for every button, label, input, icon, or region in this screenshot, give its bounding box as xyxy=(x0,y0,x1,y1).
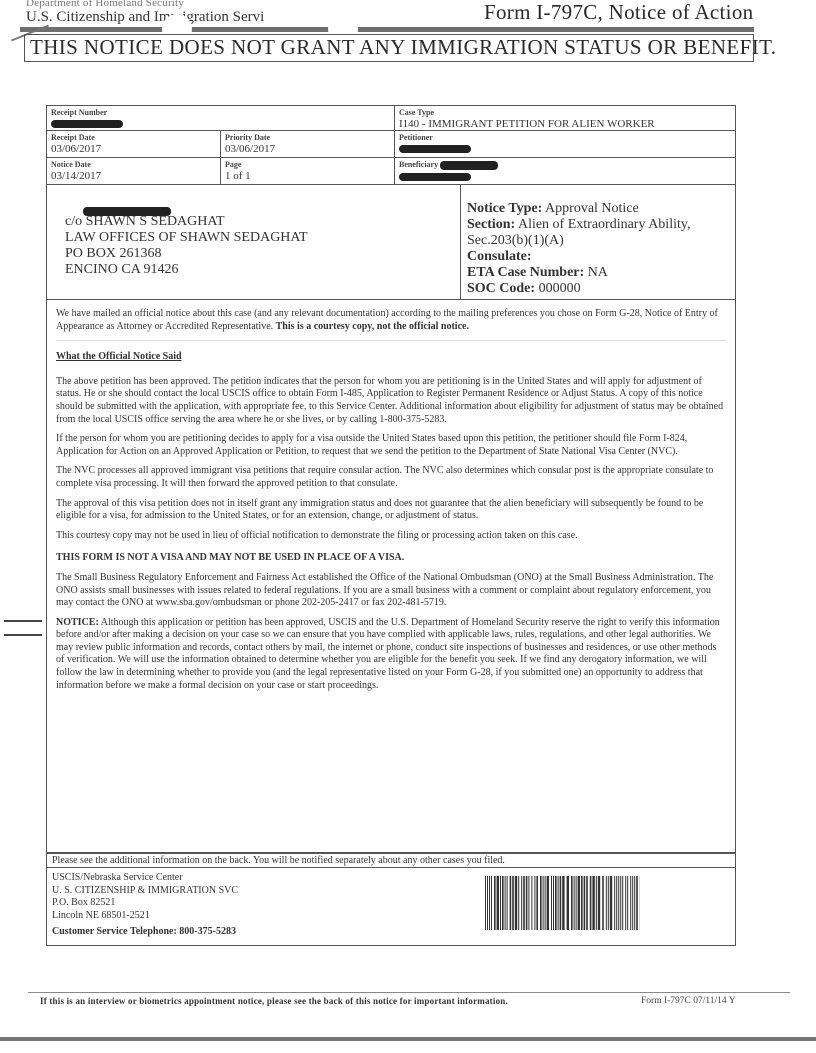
case-type-label: Case Type xyxy=(399,108,731,117)
paragraph-visa-abroad: If the person for whom you are petitioni… xyxy=(56,433,726,458)
notice-date-cell: Notice Date 03/14/2017 xyxy=(47,158,221,184)
soc-code: SOC Code: 000000 xyxy=(467,281,735,297)
address-notice-row: c/o SHAWN S SEDAGHAT LAW OFFICES OF SHAW… xyxy=(46,185,736,300)
paragraph-ombudsman: The Small Business Regulatory Enforcemen… xyxy=(56,572,726,610)
receipt-date-label: Receipt Date xyxy=(51,133,216,142)
paragraph-courtesy-copy: This courtesy copy may not be used in li… xyxy=(56,530,726,543)
paragraph-notice: NOTICE: Although this application or pet… xyxy=(56,617,726,693)
additional-info-row: Please see the additional information on… xyxy=(46,853,736,868)
consulate: Consulate: xyxy=(467,249,735,265)
page-label: Page xyxy=(225,160,390,169)
notice-date-value: 03/14/2017 xyxy=(51,170,216,183)
notice-date-label: Notice Date xyxy=(51,160,216,169)
receipt-date-value: 03/06/2017 xyxy=(51,143,216,156)
address-line-care-of: c/o SHAWN S SEDAGHAT xyxy=(65,214,460,230)
margin-mark xyxy=(4,620,42,622)
beneficiary-value xyxy=(399,171,731,184)
warning-text: THIS NOTICE DOES NOT GRANT ANY IMMIGRATI… xyxy=(30,35,776,60)
notice-type: Notice Type: Approval Notice xyxy=(467,201,735,217)
paragraph-no-status: The approval of this visa petition does … xyxy=(56,498,726,523)
section-code: Sec.203(b)(1)(A) xyxy=(467,233,735,249)
redaction-mark xyxy=(399,173,471,181)
case-type-value: I140 - IMMIGRANT PETITION FOR ALIEN WORK… xyxy=(399,118,731,131)
footer-note: If this is an interview or biometrics ap… xyxy=(40,996,508,1006)
beneficiary-label: Beneficiary xyxy=(399,160,731,170)
receipt-number-cell: Receipt Number xyxy=(47,106,395,130)
margin-mark xyxy=(4,634,42,636)
form-code: Form I-797C 07/11/14 Y xyxy=(641,996,736,1006)
priority-date-label: Priority Date xyxy=(225,133,390,142)
agency-name: U.S. Citizenship and Immigration Servi xyxy=(26,9,264,26)
receipt-number-label: Receipt Number xyxy=(51,108,390,117)
form-title: Form I-797C, Notice of Action xyxy=(484,0,753,25)
receipt-number-value xyxy=(51,118,390,131)
intro-paragraph: We have mailed an official notice about … xyxy=(56,308,726,333)
header-divider-bar xyxy=(20,27,754,32)
eta-case-number: ETA Case Number: NA xyxy=(467,265,735,281)
petitioner-label: Petitioner xyxy=(399,133,731,142)
beneficiary-cell: Beneficiary xyxy=(395,158,735,184)
receipt-date-cell: Receipt Date 03/06/2017 xyxy=(47,131,221,157)
priority-date-cell: Priority Date 03/06/2017 xyxy=(221,131,395,157)
paragraph-nvc: The NVC processes all approved immigrant… xyxy=(56,465,726,490)
page-value: 1 of 1 xyxy=(225,170,390,183)
petitioner-cell: Petitioner xyxy=(395,131,735,157)
address-line-po-box: PO BOX 261368 xyxy=(65,246,460,262)
notice-body: We have mailed an official notice about … xyxy=(46,300,736,853)
paragraph-approval: The above petition has been approved. Th… xyxy=(56,376,726,426)
divider xyxy=(56,340,726,341)
bottom-scan-bar xyxy=(0,1037,816,1041)
not-a-visa-warning: THIS FORM IS NOT A VISA AND MAY NOT BE U… xyxy=(56,552,726,565)
priority-date-value: 03/06/2017 xyxy=(225,143,390,156)
additional-info-text: Please see the additional information on… xyxy=(52,855,730,868)
case-type-cell: Case Type I140 - IMMIGRANT PETITION FOR … xyxy=(395,106,735,130)
petitioner-value xyxy=(399,143,731,156)
redaction-mark xyxy=(440,161,498,170)
address-line-firm: LAW OFFICES OF SHAWN SEDAGHAT xyxy=(65,230,460,246)
notice-details: Notice Type: Approval Notice Section: Al… xyxy=(461,185,735,299)
redaction-mark xyxy=(399,145,471,153)
barcode xyxy=(485,876,640,930)
footer-divider xyxy=(28,992,790,993)
redaction-mark xyxy=(51,120,123,128)
section-heading: What the Official Notice Said xyxy=(56,351,726,364)
page-cell: Page 1 of 1 xyxy=(221,158,395,184)
table-row: Notice Date 03/14/2017 Page 1 of 1 Benef… xyxy=(46,158,736,185)
address-line-city: ENCINO CA 91426 xyxy=(65,262,460,278)
table-row: Receipt Date 03/06/2017 Priority Date 03… xyxy=(46,131,736,158)
table-row: Receipt Number Case Type I140 - IMMIGRAN… xyxy=(46,105,736,131)
section: Section: Alien of Extraordinary Ability, xyxy=(467,217,735,233)
department-name: Department of Homeland Security xyxy=(26,0,184,9)
mailing-address: c/o SHAWN S SEDAGHAT LAW OFFICES OF SHAW… xyxy=(47,185,461,299)
